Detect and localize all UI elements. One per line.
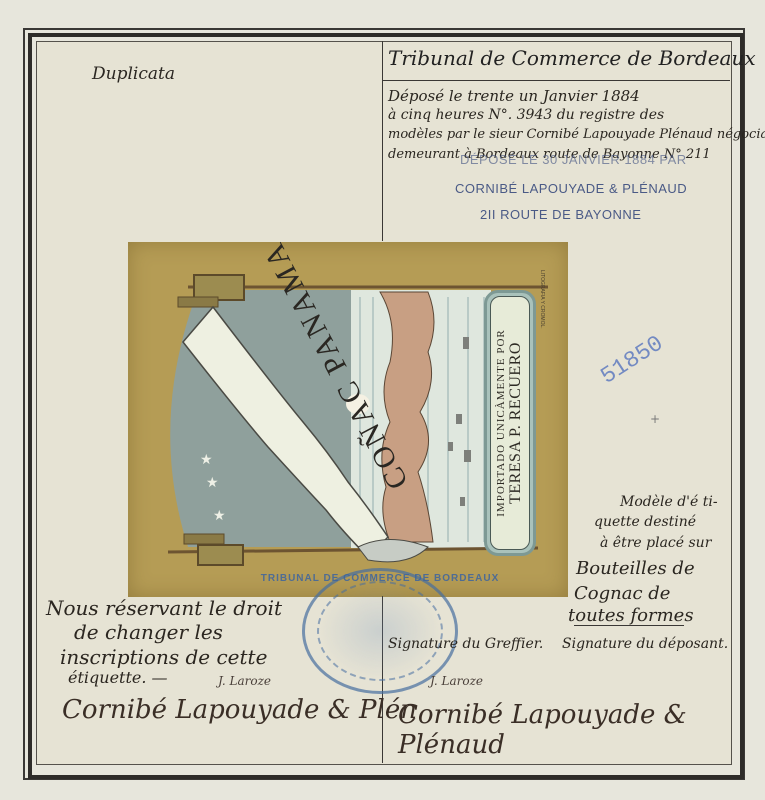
deposit-line-2: à cinq heures N°. 3943 du registre des — [388, 107, 664, 123]
model-desc-line-4: Bouteilles de — [576, 558, 695, 579]
left-signature: Cornibé Lapouyade & Plén — [62, 695, 417, 725]
deposit-line-3: modèles par le sieur Cornibé Lapouyade P… — [388, 127, 765, 142]
deposit-stamp-line-3: 2II ROUTE DE BAYONNE — [480, 207, 641, 222]
reservation-note-line-4: étiquette. — — [68, 668, 168, 687]
reservation-note-line-2: de changer les — [74, 620, 223, 644]
model-desc-line-3: à être placé sur — [600, 535, 711, 551]
deposit-line-1: Déposé le trente un Janvier 1884 — [388, 87, 640, 105]
svg-text:★: ★ — [206, 475, 219, 491]
deposit-stamp-line-2: CORNIBÉ LAPOUYADE & PLÉNAUD — [455, 181, 687, 196]
greffier-initials-right: J. Laroze — [430, 674, 483, 688]
greffier-initials-left: J. Laroze — [218, 674, 271, 688]
right-signature: Cornibé Lapouyade & Plénaud — [398, 700, 765, 760]
reservation-note-line-3: inscriptions de cette — [60, 645, 267, 669]
svg-text:★: ★ — [200, 452, 213, 468]
duplicata-annotation: Duplicata — [92, 64, 175, 84]
importer-line-1: IMPORTADO UNICÀMENTE POR — [495, 329, 507, 516]
reservation-note-line-1: Nous réservant le droit — [46, 596, 282, 620]
svg-text:★: ★ — [213, 508, 226, 524]
importer-cartouche: IMPORTADO UNICÀMENTE POR TERESA P. RECUE… — [484, 290, 536, 556]
printer-mark: LITOGRAFIA Y CROMOL. — [539, 270, 545, 329]
tribunal-title: Tribunal de Commerce de Bordeaux — [388, 46, 756, 70]
greffier-signature-label: Signature du Greffier. — [388, 636, 543, 652]
tribunal-divider — [382, 80, 730, 81]
model-desc-line-6: toutes formes — [568, 605, 694, 626]
importer-line-2: TERESA P. RECUERO — [507, 329, 525, 516]
cross-mark: + — [650, 412, 660, 426]
deposant-signature-label: Signature du déposant. — [562, 636, 728, 652]
model-desc-line-1: Modèle d'é ti- — [620, 494, 718, 510]
model-desc-line-2: quette destiné — [594, 514, 696, 530]
underline-rule — [574, 625, 684, 626]
importer-text: IMPORTADO UNICÀMENTE POR TERESA P. RECUE… — [495, 329, 525, 516]
deposit-stamp-line-1: DÉPOSÉ LE 30 JANVIER 1884 PAR — [460, 152, 687, 167]
model-desc-line-5: Cognac de — [574, 583, 670, 604]
